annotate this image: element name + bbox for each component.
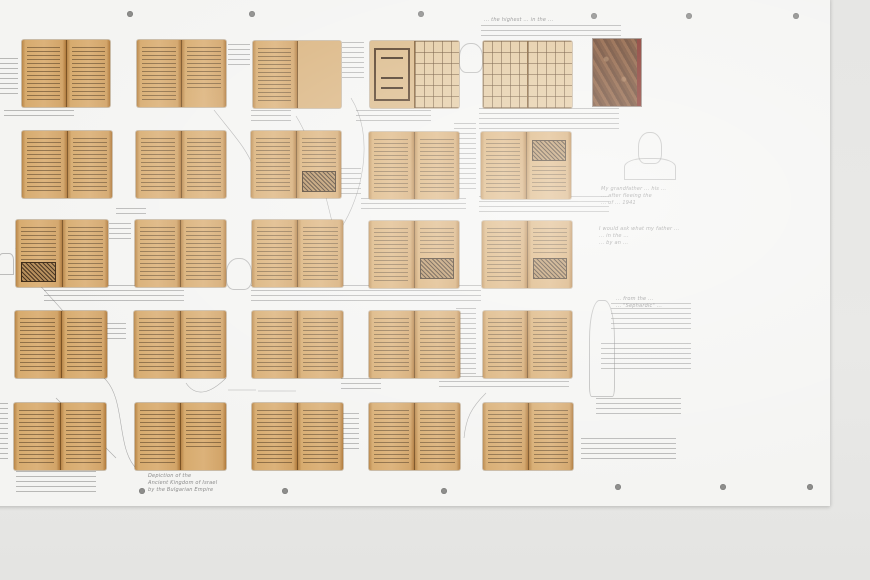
annotation-scribble — [0, 403, 8, 463]
sketch-portrait-woman — [459, 43, 483, 73]
pin-hole — [615, 484, 621, 490]
booklet-r5c1 — [14, 403, 106, 470]
annotation-scribble — [341, 378, 381, 392]
booklet-r4c3 — [252, 311, 343, 378]
booklet-r5c4 — [369, 403, 460, 470]
booklet-r1c4 — [370, 41, 459, 108]
pin-hole — [441, 488, 447, 494]
booklet-r1c5 — [483, 41, 572, 108]
note-father: I would ask what my father ... ... in th… — [599, 226, 709, 247]
annotation-scribble — [106, 323, 126, 343]
closed-book-cover — [593, 39, 641, 106]
annotation-scribble — [361, 198, 466, 210]
pin-hole — [807, 484, 813, 490]
booklet-r3c3 — [252, 220, 343, 287]
note-grandfather: My grandfather ... his ... ... after fle… — [601, 186, 711, 207]
booklet-r1c2 — [137, 40, 226, 107]
sketch-figure-statue — [589, 300, 615, 397]
annotation-scribble — [596, 398, 681, 416]
booklet-r2c1 — [22, 131, 112, 198]
booklet-r2c4 — [369, 132, 459, 199]
booklet-r4c4 — [369, 311, 460, 378]
annotation-scribble — [342, 42, 364, 82]
annotation-scribble — [109, 223, 131, 243]
pin-hole — [418, 11, 424, 17]
annotation-scribble — [4, 110, 74, 120]
annotation-scribble — [479, 196, 609, 216]
pin-hole — [139, 488, 145, 494]
booklet-r1c1 — [22, 40, 110, 107]
annotation-scribble — [0, 58, 18, 98]
booklet-r5c2 — [135, 403, 226, 470]
annotation-scribble — [44, 285, 184, 301]
booklet-r4c2 — [134, 311, 226, 378]
annotation-scribble — [16, 471, 96, 496]
pin-hole — [720, 484, 726, 490]
caption-bulgarian-empire: Depiction of the Ancient Kingdom of Isra… — [148, 473, 238, 494]
pin-hole — [793, 13, 799, 19]
booklet-r2c3 — [251, 131, 341, 198]
sketch-portrait-bearded-man — [226, 258, 252, 290]
annotation-scribble — [581, 438, 676, 463]
booklet-r3c5 — [482, 221, 572, 288]
booklet-r3c2 — [135, 220, 226, 287]
annotation-scribble — [251, 110, 291, 124]
booklet-r4c1 — [15, 311, 107, 378]
annotation-scribble — [228, 44, 250, 66]
note-sephardic: ... from the ... ... "Sephardic" ... — [616, 296, 706, 310]
annotation-scribble — [479, 108, 619, 130]
note-top: ... the highest ... in the ... — [484, 17, 624, 24]
sketch-building — [0, 253, 14, 275]
annotation-scribble — [116, 208, 146, 218]
booklet-r4c5 — [483, 311, 572, 378]
annotation-scribble — [341, 413, 359, 453]
booklet-r1c3 — [253, 41, 341, 108]
pin-hole — [249, 11, 255, 17]
artwork-paper-sheet: Depiction of the Ancient Kingdom of Isra… — [0, 0, 830, 506]
booklet-r3c1 — [16, 220, 108, 287]
pin-hole — [127, 11, 133, 17]
annotation-scribble — [356, 110, 431, 122]
booklet-r2c2 — [136, 131, 226, 198]
booklet-r5c3 — [252, 403, 343, 470]
booklet-r2c5 — [481, 132, 571, 199]
booklet-r5c5 — [483, 403, 573, 470]
annotation-scribble — [481, 25, 621, 37]
booklet-r3c4 — [369, 221, 459, 288]
sketch-portrait-shoulders — [624, 158, 676, 180]
pin-hole — [282, 488, 288, 494]
pin-hole — [686, 13, 692, 19]
